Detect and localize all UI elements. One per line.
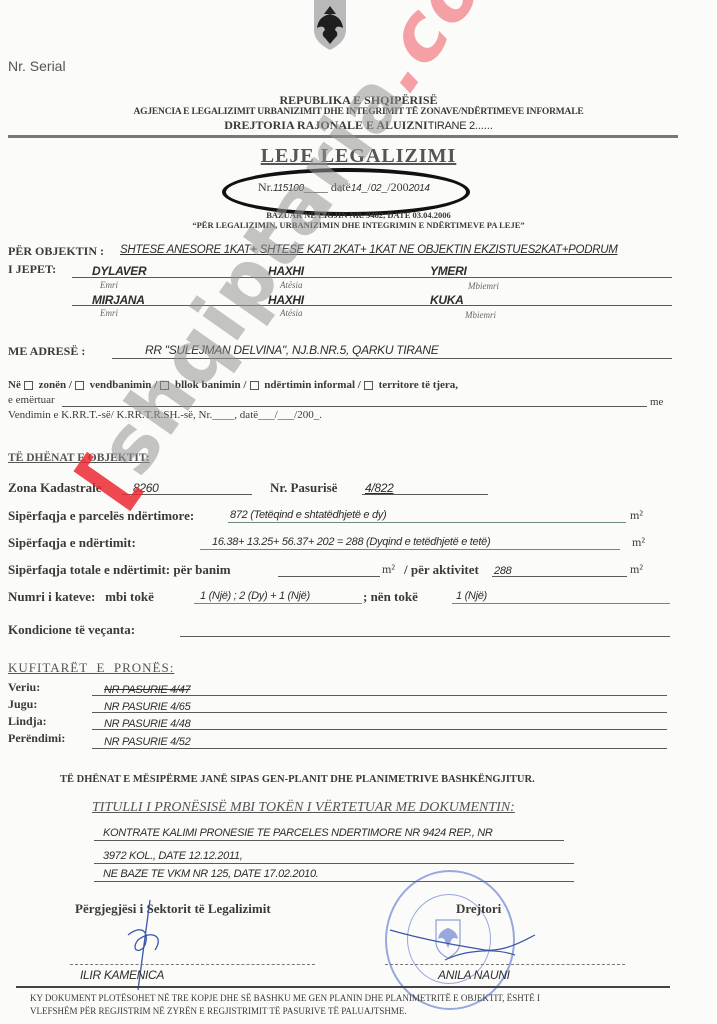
right-signatory-title: Drejtori	[456, 901, 501, 917]
title-line-1: KONTRATE KALIMI PRONESIE TE PARCELES NDE…	[103, 827, 493, 839]
boundary-west-label: Perëndimi:	[8, 731, 65, 746]
checkbox-settlement[interactable]	[75, 381, 84, 390]
footer-line-1: KY DOKUMENT PLOTËSOHET NË TRE KOPJE DHE …	[30, 993, 540, 1003]
person-1-surname: YMERI	[430, 264, 467, 278]
checkbox-zone[interactable]	[24, 381, 33, 390]
permit-date-month: 02	[371, 183, 382, 194]
watermark: [shqiptaria.com]	[60, 0, 570, 522]
building-area-value: 16.38+ 13.25+ 56.37+ 202 = 288 (Dyqind e…	[212, 536, 490, 548]
title-document-heading: TITULLI I PRONËSISË MBI TOKËN I VËRTETUA…	[92, 800, 515, 816]
granted-label: I JEPET:	[8, 262, 56, 277]
boundary-east-value: NR PASURIE 4/48	[104, 718, 190, 730]
activity-label: / për aktivitet	[404, 562, 479, 578]
permit-nr-value: 115100	[273, 183, 304, 194]
directorate-heading: DREJTORIA RAJONALE E ALUIZNI	[224, 118, 428, 132]
left-signatory-name: ILIR KAMENICA	[80, 968, 164, 982]
zone-options: Në zonën / vendbanimin / bllok banimin /…	[8, 379, 458, 391]
albanian-eagle-emblem-icon	[312, 0, 348, 50]
building-area-unit: m²	[632, 535, 645, 550]
decision-text: Vendimin e K.RR.T.-së/ K.RR.T.R.SH.-së, …	[8, 409, 322, 421]
boundary-north-value: NR PASURIE 4/47	[104, 684, 190, 696]
checkbox-informal[interactable]	[250, 381, 259, 390]
floors-below-label: ; nën tokë	[363, 589, 418, 605]
legal-basis: BAZUAR NË LIGJIN NR. 9482, DATË 03.04.20…	[0, 210, 717, 220]
parcel-area-label: Sipërfaqja e parcelës ndërtimore:	[8, 508, 194, 524]
named-label: e emërtuar	[8, 394, 55, 406]
residential-unit: m²	[382, 562, 395, 577]
address-value: RR "SULEJMAN DELVINA", NJ.B.NR.5, QARKU …	[145, 343, 438, 357]
country-heading: REPUBLIKA E SHQIPËRISË	[0, 93, 717, 108]
watermark-domain: .com	[350, 0, 549, 107]
person-1-first-name: DYLAVER	[92, 264, 146, 278]
permit-date-label: datë	[331, 180, 351, 194]
checkbox-other[interactable]	[364, 381, 373, 390]
directorate-handwritten: TIRANE 2	[428, 120, 475, 132]
option-informal: ndërtimin informal /	[264, 379, 361, 391]
title-line-2: 3972 KOL., DATE 12.12.2011,	[103, 850, 242, 862]
cadastral-zone-label: Zona Kadastrale	[8, 480, 102, 496]
boundary-south-label: Jugu:	[8, 697, 37, 712]
object-value: SHTESE ANESORE 1KAT+ SHTESE KATI 2KAT+ 1…	[120, 244, 618, 256]
option-other: territore të tjera,	[379, 379, 458, 391]
zone-prefix: Në	[8, 379, 21, 391]
permit-date-day: 14	[351, 183, 362, 194]
person-2-father-name: HAXHI	[268, 293, 304, 307]
floors-label: Numri i kateve: mbi tokë	[8, 589, 154, 605]
property-nr-value: 4/822	[365, 481, 394, 495]
directorate-dots: ......	[475, 118, 493, 132]
object-data-heading: TË DHËNAT E OBJEKTIT:	[8, 452, 150, 464]
caption-emri: Emri	[100, 280, 118, 290]
caption-atesia: Atësia	[280, 308, 303, 318]
caption-mbiemri: Mbiemri	[465, 310, 496, 320]
floors-above-value: 1 (Një) ; 2 (Dy) + 1 (Një)	[200, 590, 310, 602]
option-settlement: vendbanimin /	[90, 379, 158, 391]
footer-divider	[16, 986, 670, 988]
footer-line-2: VLEFSHËM PËR REGJISTRIM NË ZYRËN E REGJI…	[30, 1006, 407, 1016]
named-suffix: me	[650, 396, 663, 408]
activity-unit: m²	[630, 562, 643, 577]
header-divider	[8, 135, 678, 138]
caption-emri: Emri	[100, 308, 118, 318]
boundary-north-label: Veriu:	[8, 680, 40, 695]
conditions-label: Kondicione të veçanta:	[8, 622, 135, 638]
right-signatory-name: ANILA NAUNI	[438, 968, 510, 982]
object-label: PËR OBJEKTIN :	[8, 244, 104, 259]
total-area-label: Sipërfaqja totale e ndërtimit: për banim	[8, 562, 231, 578]
person-1-father-name: HAXHI	[268, 264, 304, 278]
boundary-south-value: NR PASURIE 4/65	[104, 701, 190, 713]
address-label: ME ADRESË :	[8, 344, 85, 359]
caption-mbiemri: Mbiemri	[468, 281, 499, 291]
document-title: LEJE LEGALIZIMI	[0, 145, 717, 168]
checkbox-block[interactable]	[160, 381, 169, 390]
building-area-label: Sipërfaqja e ndërtimit:	[8, 535, 136, 551]
parcel-area-value: 872 (Tetëqind e shtatëdhjetë e dy)	[230, 509, 386, 521]
person-2-first-name: MIRJANA	[92, 293, 145, 307]
person-2-surname: KUKA	[430, 293, 463, 307]
plans-statement: TË DHËNAT E MËSIPËRME JANË SIPAS GEN-PLA…	[60, 774, 535, 785]
floors-below-value: 1 (Një)	[456, 590, 487, 602]
property-nr-label: Nr. Pasurisë	[270, 480, 337, 496]
legal-title: “PËR LEGALIZIMIN, URBANIZIMIN DHE INTEGR…	[0, 220, 717, 230]
boundaries-heading: KUFITARËT E PRONËS:	[8, 660, 174, 676]
permit-date-year: 2014	[409, 183, 430, 194]
permit-date-year-print: 200	[391, 180, 409, 194]
parcel-area-unit: m²	[630, 508, 643, 523]
option-zone: zonën /	[39, 379, 72, 391]
permit-nr-label: Nr.	[258, 180, 273, 194]
boundary-east-label: Lindja:	[8, 714, 47, 729]
serial-label: Nr. Serial	[8, 58, 66, 74]
caption-atesia: Atësia	[280, 280, 303, 290]
agency-heading: AGJENCIA E LEGALIZIMIT URBANIZIMIT DHE I…	[0, 107, 717, 117]
cadastral-zone-value: 8260	[133, 481, 159, 495]
title-line-3: NE BAZE TE VKM NR 125, DATE 17.02.2010.	[103, 868, 319, 880]
activity-value: 288	[494, 565, 511, 577]
option-block: bllok banimin /	[175, 379, 247, 391]
boundary-west-value: NR PASURIE 4/52	[104, 736, 190, 748]
